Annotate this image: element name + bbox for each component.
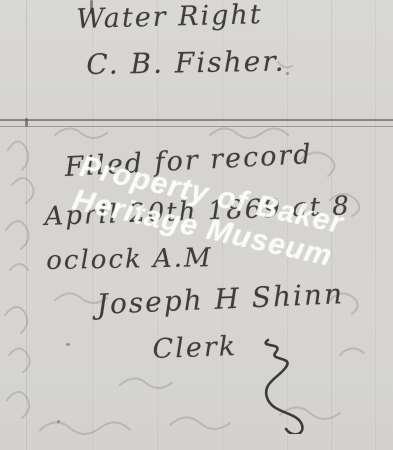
- paper-crease: [374, 0, 377, 450]
- paper-crease: [330, 0, 333, 450]
- clerk-signature: Joseph H Shinn: [96, 277, 345, 321]
- paper-crease: [25, 0, 28, 450]
- signature-flourish: [238, 334, 328, 434]
- heading-line-name: C. B. Fisher.: [86, 45, 286, 81]
- ink-speck: [66, 343, 70, 346]
- filing-line-filed-for-record: Filed for record: [64, 139, 313, 183]
- filing-line-date: April 20th 1869 at 8: [44, 191, 351, 232]
- ledger-rule-line: [0, 119, 393, 127]
- filing-line-oclock: oclock A.M: [46, 243, 213, 276]
- ink-speck: [57, 420, 60, 423]
- clerk-title: Clerk: [152, 331, 238, 365]
- ink-speck: [286, 72, 289, 75]
- heading-line-water-right: Water Right: [76, 0, 263, 35]
- scanned-document-page: Water Right C. B. Fisher. Filed for reco…: [0, 0, 393, 450]
